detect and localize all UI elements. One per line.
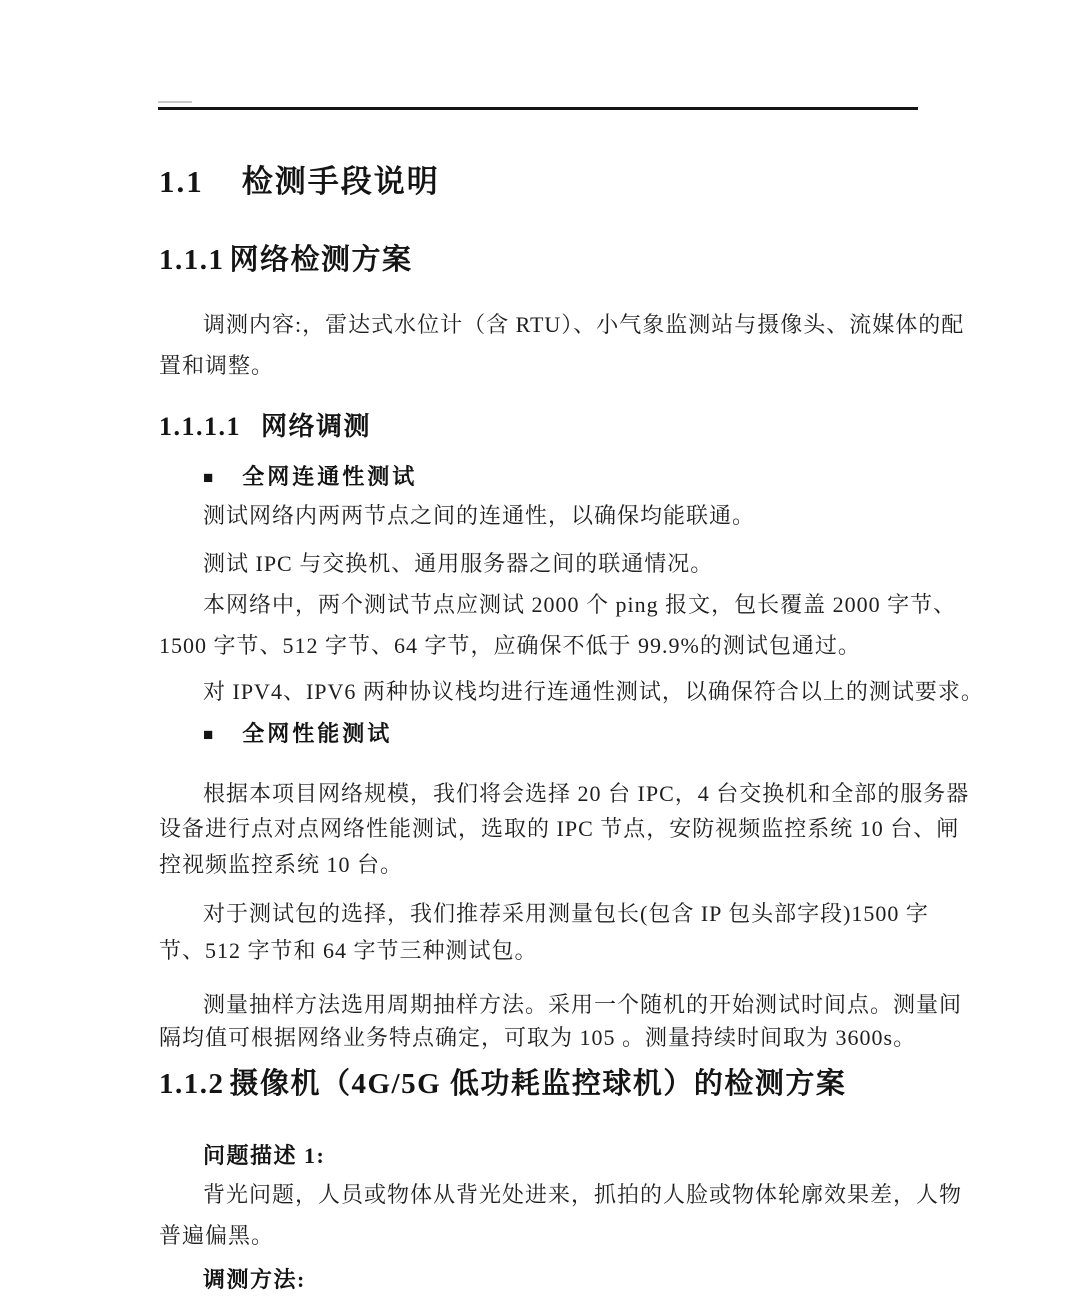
paragraph-ping-line-1: 本网络中，两个测试节点应测试 2000 个 ping 报文，包长覆盖 2000 … [159,590,973,620]
paragraph-connectivity-test-1: 测试网络内两两节点之间的连通性，以确保均能联通。 [159,501,973,531]
heading-1-1-2-title: 摄像机（4G/5G 低功耗监控球机）的检测方案 [230,1068,847,1100]
label-problem-1: 问题描述 1: [159,1141,973,1171]
heading-1-1-1-1-number: 1.1.1.1 [159,412,241,441]
label-method: 调测方法: [159,1265,973,1295]
bullet-square-icon: ■ [203,720,214,750]
paragraph-sampling-line-2: 隔均值可根据网络业务特点确定，可取为 105 。测量持续时间取为 3600s。 [159,1023,929,1053]
bullet-connectivity: ■全网连通性测试 [159,462,973,493]
paragraph-scale-line-3: 控视频监控系统 10 台。 [159,850,929,880]
paragraph-backlight-line-2: 普遍偏黑。 [159,1221,929,1251]
bullet-connectivity-label: 全网连通性测试 [242,464,417,489]
paragraph-packet-line-1: 对于测试包的选择，我们推荐采用测量包长(包含 IP 包头部字段)1500 字 [159,899,973,929]
heading-1-1-number: 1.1 [159,164,204,199]
heading-1-1-title: 检测手段说明 [242,164,440,199]
paragraph-ipv: 对 IPV4、IPV6 两种协议栈均进行连通性测试，以确保符合以上的测试要求。 [159,677,973,707]
bullet-performance: ■全网性能测试 [159,719,973,750]
paragraph-ping-line-2: 1500 字节、512 字节、64 字节，应确保不低于 99.9%的测试包通过。 [159,631,929,661]
header-rule-scan-artifact [158,101,192,103]
heading-1-1-1: 1.1.1网络检测方案 [159,242,929,278]
paragraph-intro-line-1: 调测内容:，雷达式水位计（含 RTU）、小气象监测站与摄像头、流媒体的配 [159,310,973,340]
heading-1-1-1-1-title: 网络调测 [261,412,371,441]
heading-1-1-1-1: 1.1.1.1网络调测 [159,411,929,443]
bullet-performance-label: 全网性能测试 [242,721,392,746]
paragraph-connectivity-test-2: 测试 IPC 与交换机、通用服务器之间的联通情况。 [159,549,973,579]
paragraph-packet-line-2: 节、512 字节和 64 字节三种测试包。 [159,936,929,966]
paragraph-scale-line-1: 根据本项目网络规模，我们将会选择 20 台 IPC，4 台交换机和全部的服务器 [159,779,973,809]
heading-1-1: 1.1检测手段说明 [159,164,929,200]
paragraph-backlight-line-1: 背光问题，人员或物体从背光处进来，抓拍的人脸或物体轮廓效果差，人物 [159,1180,973,1210]
heading-1-1-1-number: 1.1.1 [159,244,225,276]
heading-1-1-2-number: 1.1.2 [159,1068,225,1100]
paragraph-intro-line-2: 置和调整。 [159,351,929,381]
heading-1-1-2: 1.1.2摄像机（4G/5G 低功耗监控球机）的检测方案 [159,1066,929,1102]
heading-1-1-1-title: 网络检测方案 [230,244,413,276]
header-rule [158,107,918,110]
bullet-square-icon: ■ [203,463,214,493]
paragraph-sampling-line-1: 测量抽样方法选用周期抽样方法。采用一个随机的开始测试时间点。测量间 [159,990,973,1020]
document-page: 1.1检测手段说明 1.1.1网络检测方案 调测内容:，雷达式水位计（含 RTU… [0,0,1080,1297]
paragraph-scale-line-2: 设备进行点对点网络性能测试，选取的 IPC 节点，安防视频监控系统 10 台、闸 [159,814,929,844]
